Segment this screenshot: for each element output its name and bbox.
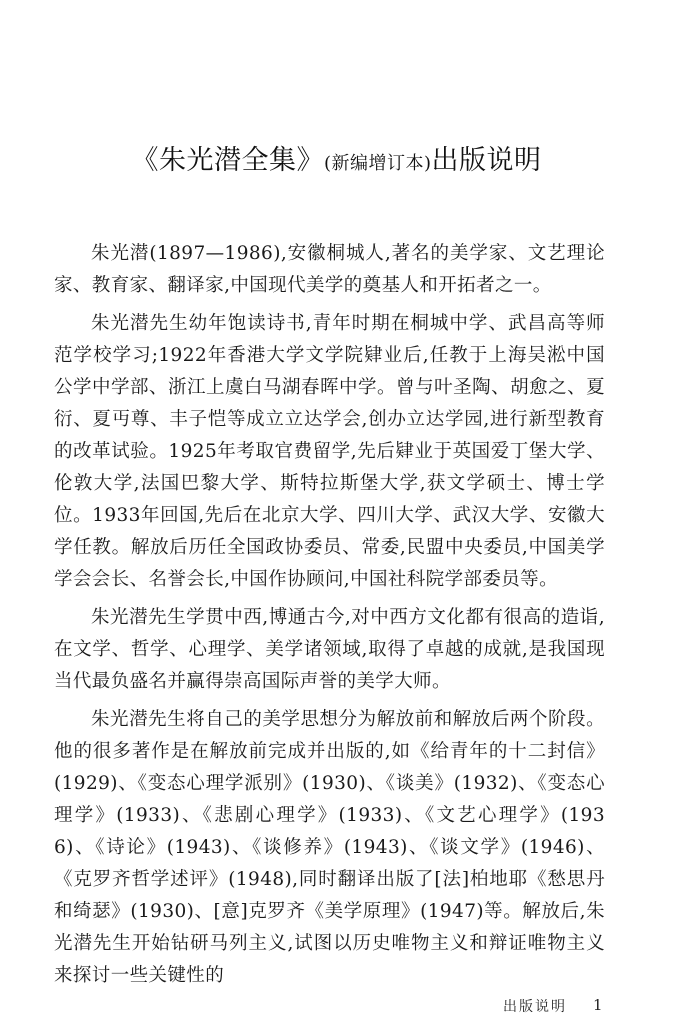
paragraph-achievements: 朱光潜先生学贯中西,博通古今,对中西方文化都有很高的造诣,在文学、哲学、心理学、… bbox=[54, 602, 605, 698]
title-edition-note: (新编增订本) bbox=[324, 153, 432, 174]
paragraph-works: 朱光潜先生将自己的美学思想分为解放前和解放后两个阶段。他的很多著作是在解放前完成… bbox=[54, 704, 605, 992]
page-number: 1 bbox=[593, 996, 603, 1014]
title-suffix: 出版说明 bbox=[432, 145, 542, 176]
running-footer-label: 出版说明 bbox=[503, 996, 567, 1016]
document-body: 朱光潜(1897—1986),安徽桐城人,著名的美学家、文艺理论家、教育家、翻译… bbox=[54, 238, 605, 998]
title-main: 《朱光潜全集》 bbox=[131, 145, 324, 176]
page-title: 《朱光潜全集》(新编增订本)出版说明 bbox=[0, 138, 673, 177]
paragraph-biography: 朱光潜先生幼年饱读诗书,青年时期在桐城中学、武昌高等师范学校学习;1922年香港… bbox=[54, 308, 605, 596]
paragraph-intro: 朱光潜(1897—1986),安徽桐城人,著名的美学家、文艺理论家、教育家、翻译… bbox=[54, 238, 605, 302]
